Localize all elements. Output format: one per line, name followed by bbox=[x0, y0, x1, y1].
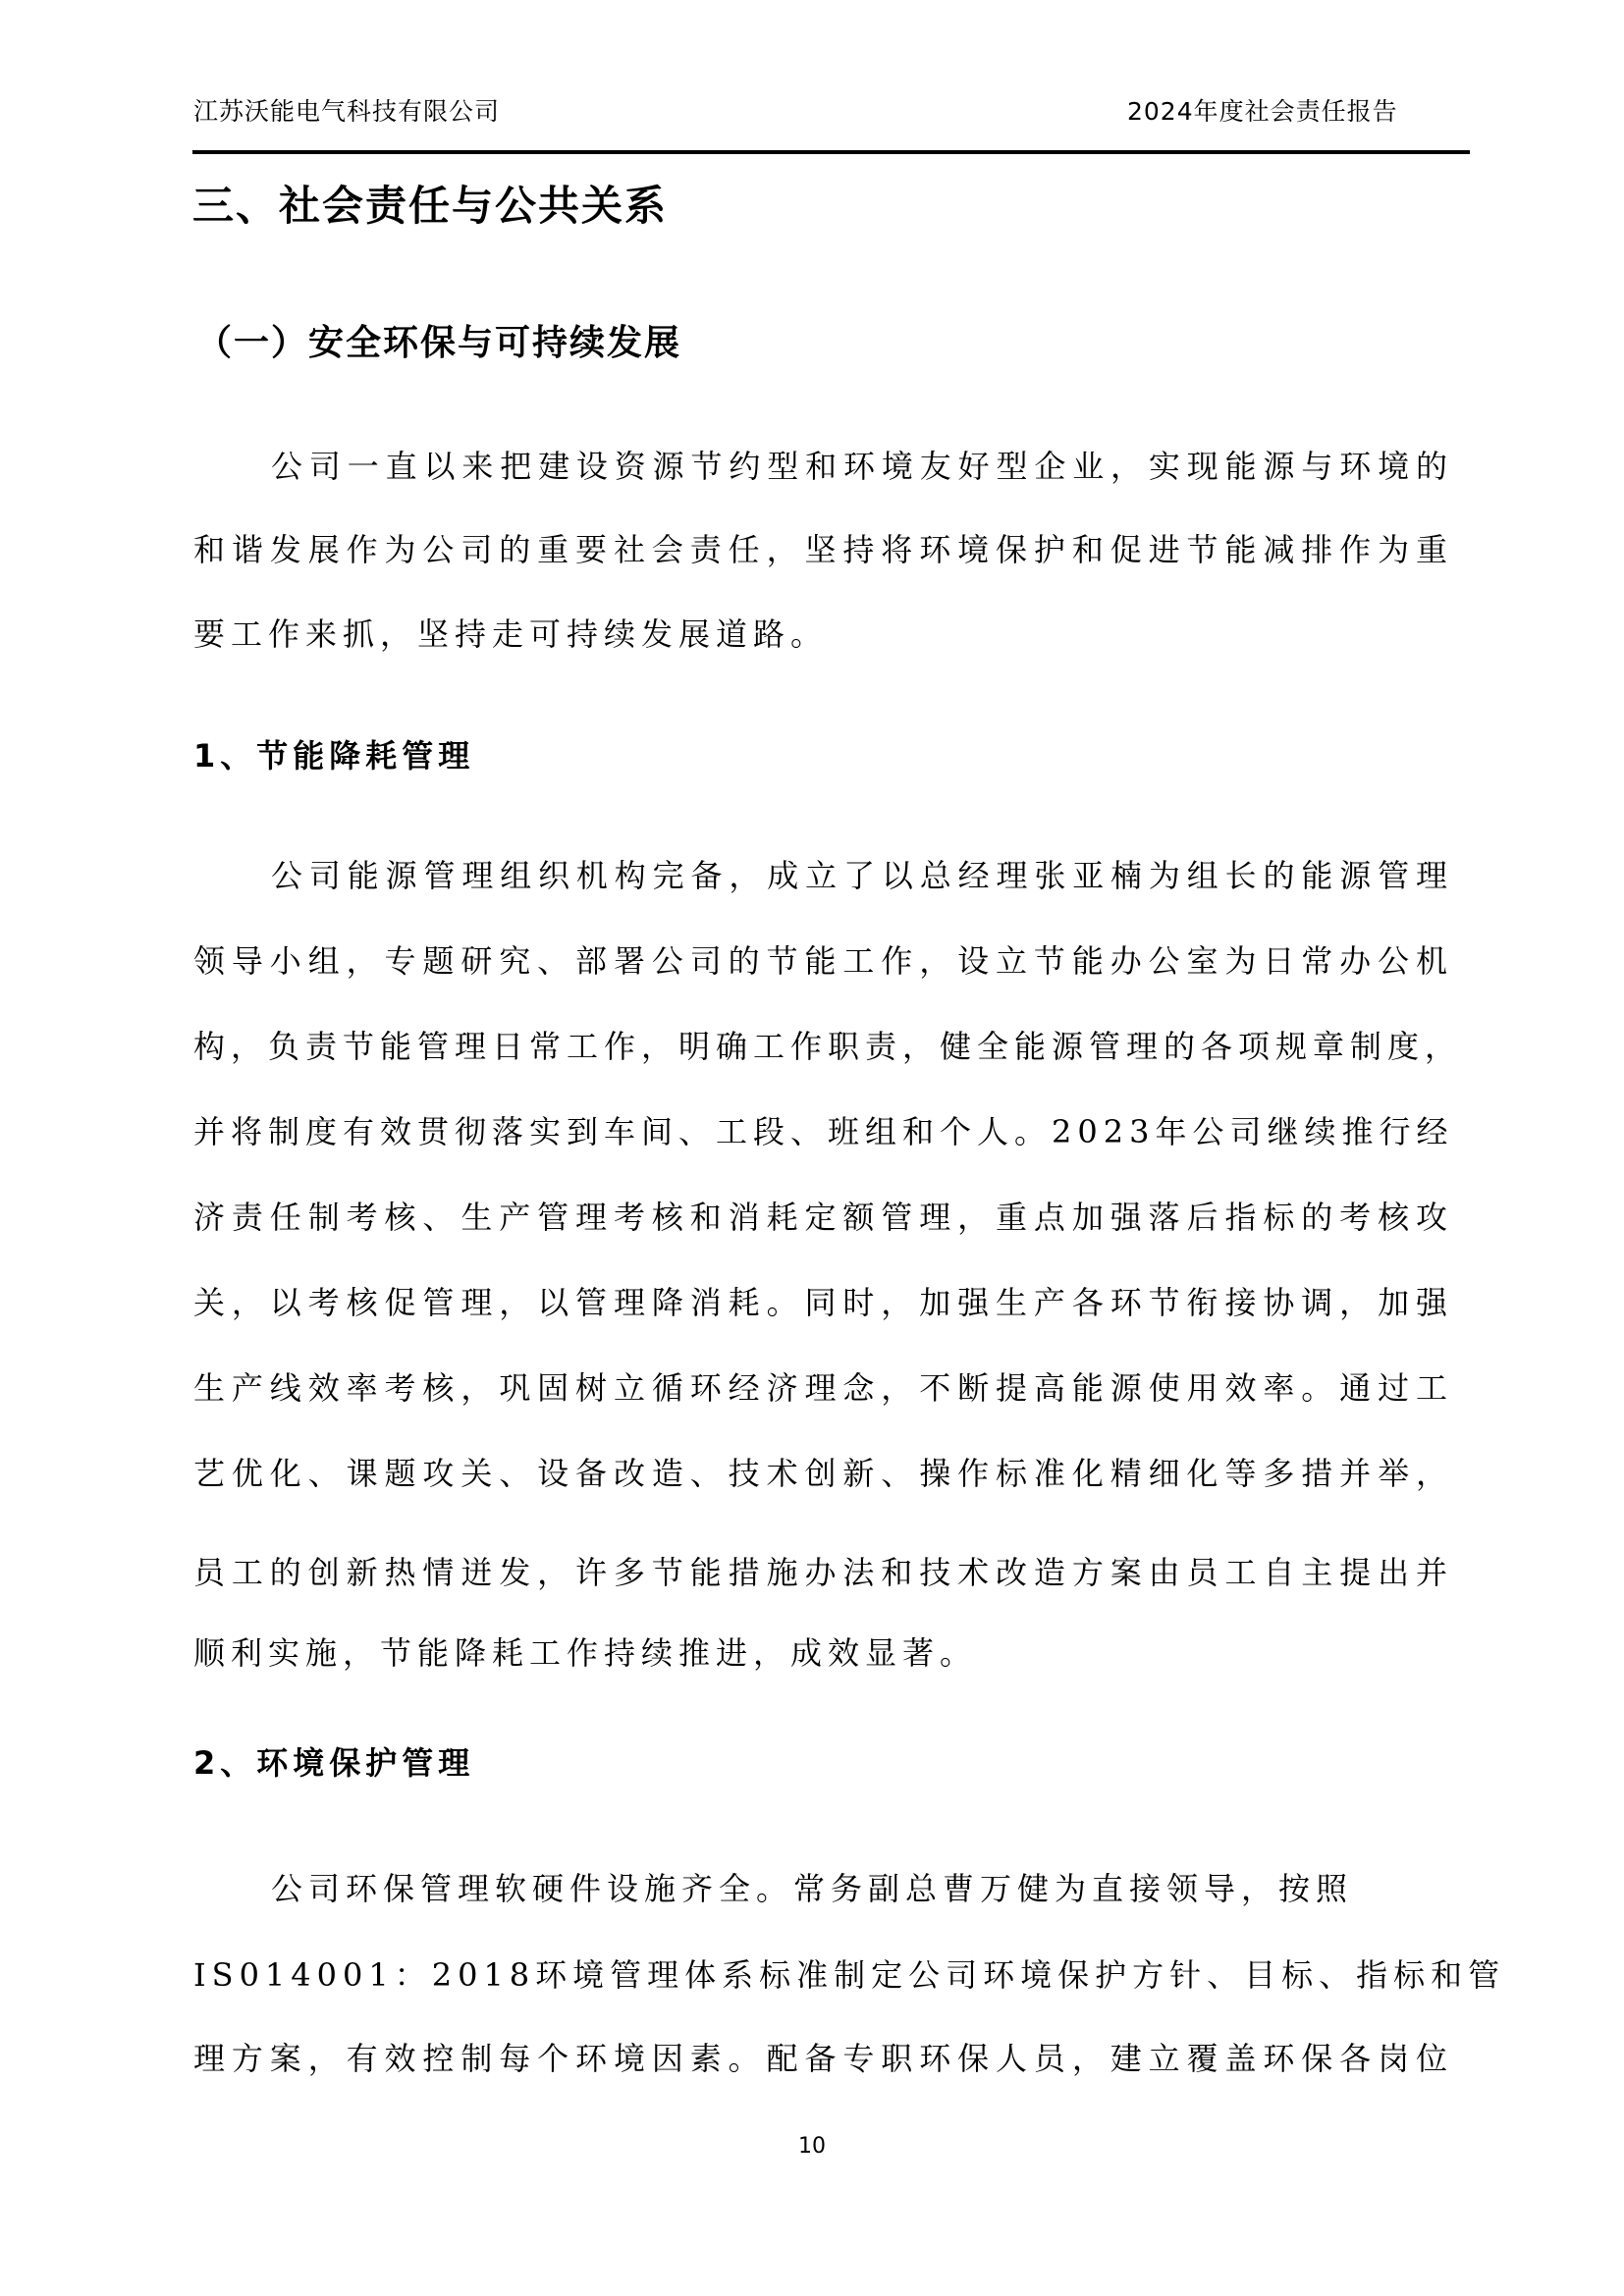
header-report-title: 2024年度社会责任报告 bbox=[1127, 97, 1398, 127]
paragraph-line: 顺利实施，节能降耗工作持续推进，成效显著。 bbox=[193, 1632, 977, 1674]
paragraph-line: 关，以考核促管理，以管理降消耗。同时，加强生产各环节衔接协调，加强 bbox=[193, 1282, 1453, 1323]
paragraph-line: 公司环保管理软硬件设施齐全。常务副总曹万健为直接领导，按照 bbox=[271, 1868, 1341, 1909]
header-company-name: 江苏沃能电气科技有限公司 bbox=[193, 97, 500, 127]
paragraph-line: 艺优化、课题攻关、设备改造、技术创新、操作标准化精细化等多措并举， bbox=[193, 1453, 1453, 1494]
paragraph-line: 领导小组，专题研究、部署公司的节能工作，设立节能办公室为日常办公机 bbox=[193, 940, 1453, 982]
section-subheading: （一）安全环保与可持续发展 bbox=[196, 320, 681, 367]
paragraph-line: 公司能源管理组织机构完备，成立了以总经理张亚楠为组长的能源管理 bbox=[271, 855, 1453, 896]
paragraph-line: 员工的创新热情迸发，许多节能措施办法和技术改造方案由员工自主提出并 bbox=[193, 1552, 1453, 1593]
section-heading-energy: 1、节能降耗管理 bbox=[193, 735, 474, 776]
paragraph-line: 和谐发展作为公司的重要社会责任，坚持将环境保护和促进节能减排作为重 bbox=[193, 529, 1453, 570]
chapter-title: 三、社会责任与公共关系 bbox=[192, 181, 668, 232]
page-number: 10 bbox=[0, 2134, 1624, 2160]
paragraph-line: 公司一直以来把建设资源节约型和环境友好型企业，实现能源与环境的 bbox=[271, 446, 1453, 487]
paragraph-line: 理方案，有效控制每个环境因素。配备专职环保人员，建立覆盖环保各岗位 bbox=[193, 2038, 1453, 2079]
paragraph-line: 济责任制考核、生产管理考核和消耗定额管理，重点加强落后指标的考核攻 bbox=[193, 1197, 1453, 1238]
paragraph-line: 要工作来抓，坚持走可持续发展道路。 bbox=[193, 614, 828, 655]
header-divider bbox=[192, 150, 1470, 154]
section-heading-environment: 2、环境保护管理 bbox=[193, 1742, 474, 1784]
paragraph-line: IS014001：2018环境管理体系标准制定公司环境保护方针、目标、指标和管 bbox=[193, 1954, 1453, 1996]
paragraph-line: 构，负责节能管理日常工作，明确工作职责，健全能源管理的各项规章制度， bbox=[193, 1026, 1453, 1067]
paragraph-line: 生产线效率考核，巩固树立循环经济理念，不断提高能源使用效率。通过工 bbox=[193, 1367, 1453, 1409]
paragraph-line: 并将制度有效贯彻落实到车间、工段、班组和个人。2023年公司继续推行经 bbox=[193, 1111, 1453, 1152]
document-page: 江苏沃能电气科技有限公司 2024年度社会责任报告 三、社会责任与公共关系 （一… bbox=[0, 0, 1624, 2296]
